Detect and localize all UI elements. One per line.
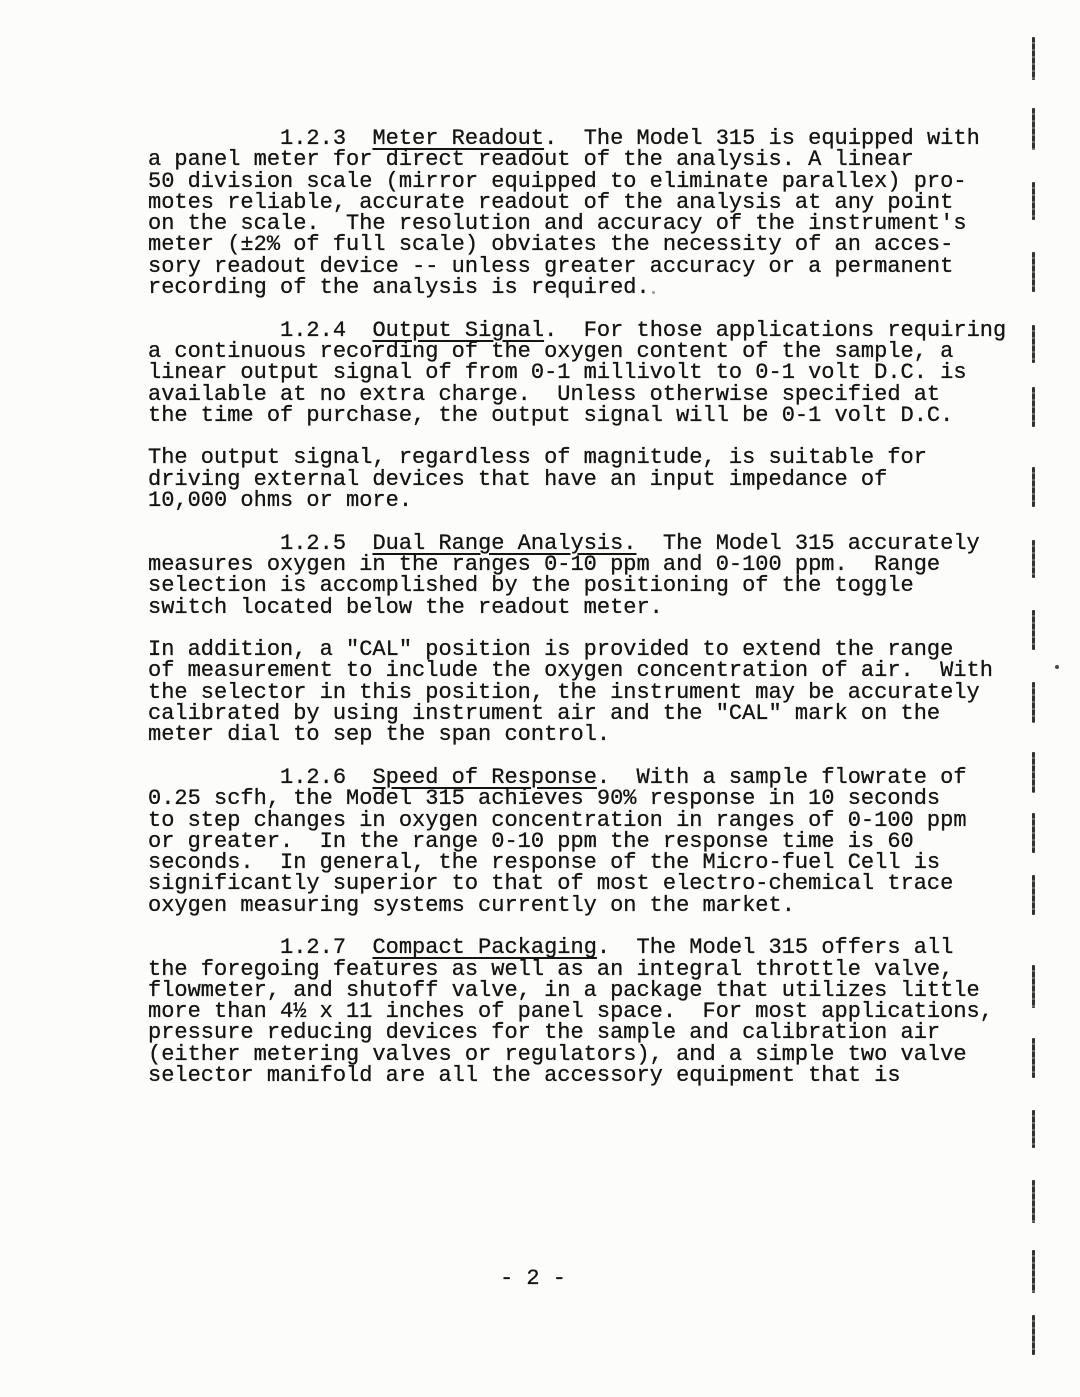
binding-shadow-mark [1032,325,1035,363]
page-number: - 2 - [500,1268,566,1289]
paragraph: 1.2.4 Output Signal. For those applicati… [148,320,1028,426]
binding-shadow-mark [1032,37,1035,80]
binding-shadow-mark [1032,252,1035,292]
binding-shadow-mark [1032,813,1035,853]
paragraph: 1.2.6 Speed of Response. With a sample f… [148,767,1028,916]
paragraph: The output signal, regardless of magnitu… [148,447,1028,511]
binding-shadow-mark [1032,752,1035,793]
binding-shadow-mark [1032,610,1035,650]
binding-shadow-mark [1032,1250,1035,1293]
scan-speck [1055,665,1059,669]
binding-shadow-mark [1032,1315,1035,1355]
binding-shadow-mark [1032,1038,1035,1078]
section-title: Output Signal [372,318,544,343]
paragraph: In addition, a "CAL" position is provide… [148,639,1028,745]
paragraph: 1.2.3 Meter Readout. The Model 315 is eq… [148,128,1028,298]
paragraph: 1.2.7 Compact Packaging. The Model 315 o… [148,937,1028,1086]
binding-shadow-mark [1032,965,1035,1008]
binding-shadow-mark [1032,1180,1035,1223]
binding-shadow-mark [1032,387,1035,427]
section-title: Speed of Response [372,765,596,790]
document-body: 1.2.3 Meter Readout. The Model 315 is eq… [148,128,1028,1108]
section-title: Dual Range Analysis. [372,531,636,556]
section-title: Compact Packaging [372,935,596,960]
paragraph: 1.2.5 Dual Range Analysis. The Model 315… [148,533,1028,618]
scan-speck [652,291,655,294]
binding-shadow-mark [1032,108,1035,150]
binding-shadow-mark [1032,682,1035,723]
binding-shadow-mark [1032,182,1035,220]
binding-shadow-mark [1032,1110,1035,1148]
binding-shadow-mark [1032,540,1035,578]
binding-shadow-mark [1032,467,1035,507]
section-title: Meter Readout [372,126,544,151]
binding-shadow-mark [1032,875,1035,915]
